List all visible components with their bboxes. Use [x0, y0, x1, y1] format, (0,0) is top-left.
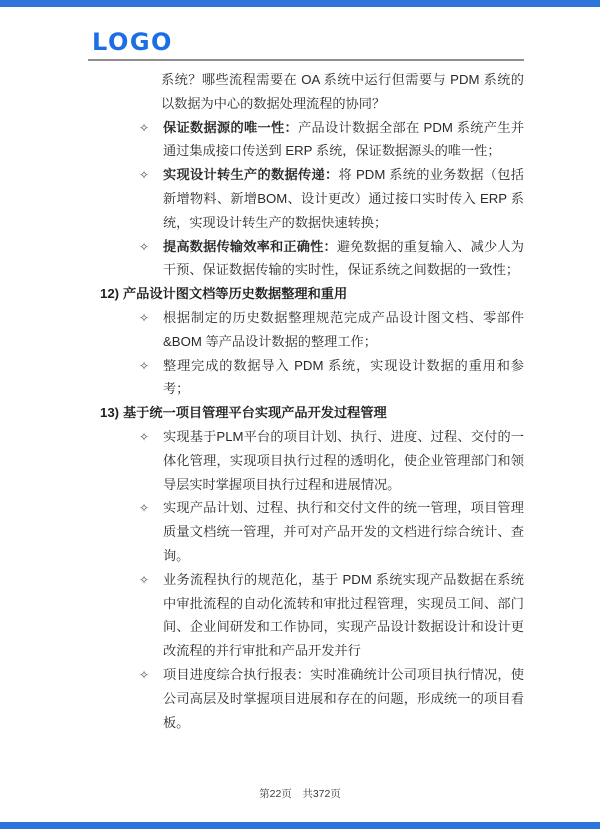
- section-heading: 13)基于统一项目管理平台实现产品开发过程管理: [100, 401, 524, 425]
- diamond-bullet-icon: ✧: [139, 664, 149, 688]
- diamond-bullet-icon: ✧: [139, 117, 149, 141]
- section-heading: 12)产品设计图文档等历史数据整理和重用: [100, 282, 524, 306]
- diamond-bullet-icon: ✧: [139, 355, 149, 379]
- paragraph-text: 系统？哪些流程需要在 OA 系统中运行但需要与 PDM 系统的以数据为中心的数据…: [161, 72, 524, 111]
- document-page: LOGO 系统？哪些流程需要在 OA 系统中运行但需要与 PDM 系统的以数据为…: [0, 0, 600, 829]
- top-edge-bar: [0, 0, 600, 7]
- bullet-text: 实现基于PLM平台的项目计划、执行、进度、过程、交付的一体化管理，实现项目执行过…: [163, 429, 524, 492]
- header-divider: [88, 59, 524, 61]
- bullet-lead-text: 提高数据传输效率和正确性：: [163, 239, 337, 254]
- bullet-item: ✧项目进度综合执行报表：实时准确统计公司项目执行情况，使公司高层及时掌握项目进展…: [100, 663, 524, 734]
- bullet-text: 根据制定的历史数据整理规范完成产品设计图文档、零部件&BOM 等产品设计数据的整…: [163, 310, 524, 349]
- bullet-lead-text: 保证数据源的唯一性：: [163, 120, 298, 135]
- bullet-lead-text: 实现设计转生产的数据传递：: [163, 167, 339, 182]
- logo: LOGO: [92, 28, 173, 56]
- bullet-item: ✧实现产品计划、过程、执行和交付文件的统一管理，项目管理质量文档统一管理，并可对…: [100, 496, 524, 567]
- bullet-text: 整理完成的数据导入 PDM 系统，实现设计数据的重用和参考；: [163, 358, 524, 397]
- bullet-item: ✧实现基于PLM平台的项目计划、执行、进度、过程、交付的一体化管理，实现项目执行…: [100, 425, 524, 496]
- bullet-text: 项目进度综合执行报表：实时准确统计公司项目执行情况，使公司高层及时掌握项目进展和…: [163, 667, 524, 730]
- bullet-item: ✧根据制定的历史数据整理规范完成产品设计图文档、零部件&BOM 等产品设计数据的…: [100, 306, 524, 354]
- document-body: 系统？哪些流程需要在 OA 系统中运行但需要与 PDM 系统的以数据为中心的数据…: [100, 68, 524, 734]
- bullet-item: ✧业务流程执行的规范化，基于 PDM 系统实现产品数据在系统中审批流程的自动化流…: [100, 568, 524, 663]
- heading-text: 基于统一项目管理平台实现产品开发过程管理: [123, 405, 387, 420]
- heading-text: 产品设计图文档等历史数据整理和重用: [123, 286, 347, 301]
- bullet-item: ✧实现设计转生产的数据传递：将 PDM 系统的业务数据（包括新增物料、新增BOM…: [100, 163, 524, 234]
- bullet-item: ✧整理完成的数据导入 PDM 系统，实现设计数据的重用和参考；: [100, 354, 524, 402]
- paragraph: 系统？哪些流程需要在 OA 系统中运行但需要与 PDM 系统的以数据为中心的数据…: [100, 68, 524, 116]
- bullet-item: ✧提高数据传输效率和正确性：避免数据的重复输入、减少人为干预、保证数据传输的实时…: [100, 235, 524, 283]
- bullet-text: 实现产品计划、过程、执行和交付文件的统一管理，项目管理质量文档统一管理，并可对产…: [163, 500, 524, 563]
- diamond-bullet-icon: ✧: [139, 569, 149, 593]
- diamond-bullet-icon: ✧: [139, 307, 149, 331]
- heading-number: 13): [100, 401, 123, 425]
- bullet-text: 业务流程执行的规范化，基于 PDM 系统实现产品数据在系统中审批流程的自动化流转…: [163, 572, 524, 658]
- page-number: 第22页 共372页: [0, 786, 600, 801]
- heading-number: 12): [100, 282, 123, 306]
- diamond-bullet-icon: ✧: [139, 497, 149, 521]
- bottom-edge-bar: [0, 822, 600, 829]
- diamond-bullet-icon: ✧: [139, 426, 149, 450]
- diamond-bullet-icon: ✧: [139, 164, 149, 188]
- bullet-item: ✧保证数据源的唯一性：产品设计数据全部在 PDM 系统产生并通过集成接口传送到 …: [100, 116, 524, 164]
- diamond-bullet-icon: ✧: [139, 236, 149, 260]
